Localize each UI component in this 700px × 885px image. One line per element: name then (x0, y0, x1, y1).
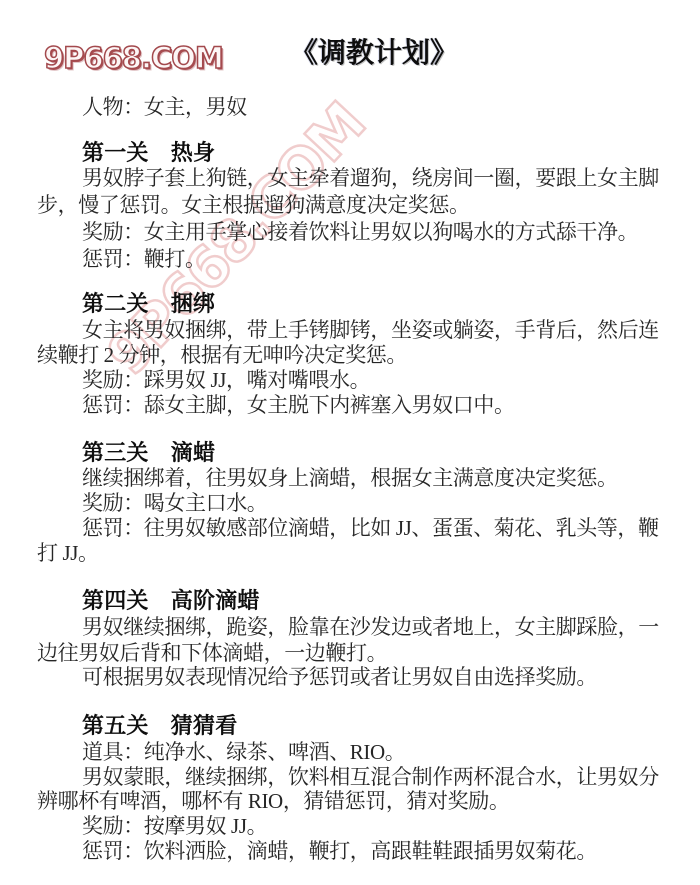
section-heading: 第五关 猜猜看 (82, 712, 237, 739)
text-line: 惩罚：舔女主脚，女主脱下内裤塞入男奴口中。 (82, 392, 515, 419)
text-line: 道具：纯净水、绿茶、啤酒、RIO。 (82, 739, 405, 766)
intro-line: 人物：女主，男奴 (82, 94, 247, 121)
document-title: 《调教计划》 (290, 31, 458, 71)
text-line: 奖励：按摩男奴 JJ。 (82, 813, 267, 840)
text-line: 奖励：踩男奴 JJ，嘴对嘴喂水。 (82, 367, 370, 394)
text-line: 步，慢了惩罚。女主根据遛狗满意度决定奖惩。 (37, 192, 470, 219)
section-heading: 第三关 滴蜡 (82, 439, 215, 466)
text-line: 惩罚：饮料洒脸，滴蜡，鞭打，高跟鞋鞋跟插男奴菊花。 (82, 838, 597, 865)
text-line: 女主将男奴捆绑，带上手铐脚铐，坐姿或躺姿，手背后，然后连 (82, 317, 659, 344)
text-line: 可根据男奴表现情况给予惩罚或者让男奴自由选择奖励。 (82, 664, 597, 691)
section-heading: 第二关 捆绑 (82, 290, 215, 317)
site-logo: 9P668.COM (44, 41, 223, 76)
text-line: 惩罚：往男奴敏感部位滴蜡，比如 JJ、蛋蛋、菊花、乳头等，鞭 (82, 515, 659, 542)
text-line: 男奴继续捆绑，跪姿，脸靠在沙发边或者地上，女主脚踩脸，一 (82, 614, 659, 641)
text-line: 男奴脖子套上狗链，女主牵着遛狗，绕房间一圈，要跟上女主脚 (82, 165, 659, 192)
text-line: 继续捆绑着，往男奴身上滴蜡，根据女主满意度决定奖惩。 (82, 465, 618, 492)
text-line: 边往男奴后背和下体滴蜡，一边鞭打。 (37, 640, 387, 667)
text-line: 辨哪杯有啤酒，哪杯有 RIO，猜错惩罚，猜对奖励。 (37, 788, 509, 815)
text-line: 奖励：喝女主口水。 (82, 490, 267, 517)
section-heading: 第四关 高阶滴蜡 (82, 587, 260, 614)
document-page: 9P668.COM 9P668.COM 《调教计划》 人物：女主，男奴 第一关 … (0, 0, 700, 885)
text-line: 惩罚：鞭打。 (82, 246, 206, 273)
text-line: 男奴蒙眼，继续捆绑，饮料相互混合制作两杯混合水，让男奴分 (82, 764, 659, 791)
section-heading: 第一关 热身 (82, 139, 215, 166)
text-line: 续鞭打 2 分钟，根据有无呻吟决定奖惩。 (37, 342, 407, 369)
text-line: 打 JJ。 (37, 540, 99, 567)
text-line: 奖励：女主用手掌心接着饮料让男奴以狗喝水的方式舔干净。 (82, 219, 638, 246)
